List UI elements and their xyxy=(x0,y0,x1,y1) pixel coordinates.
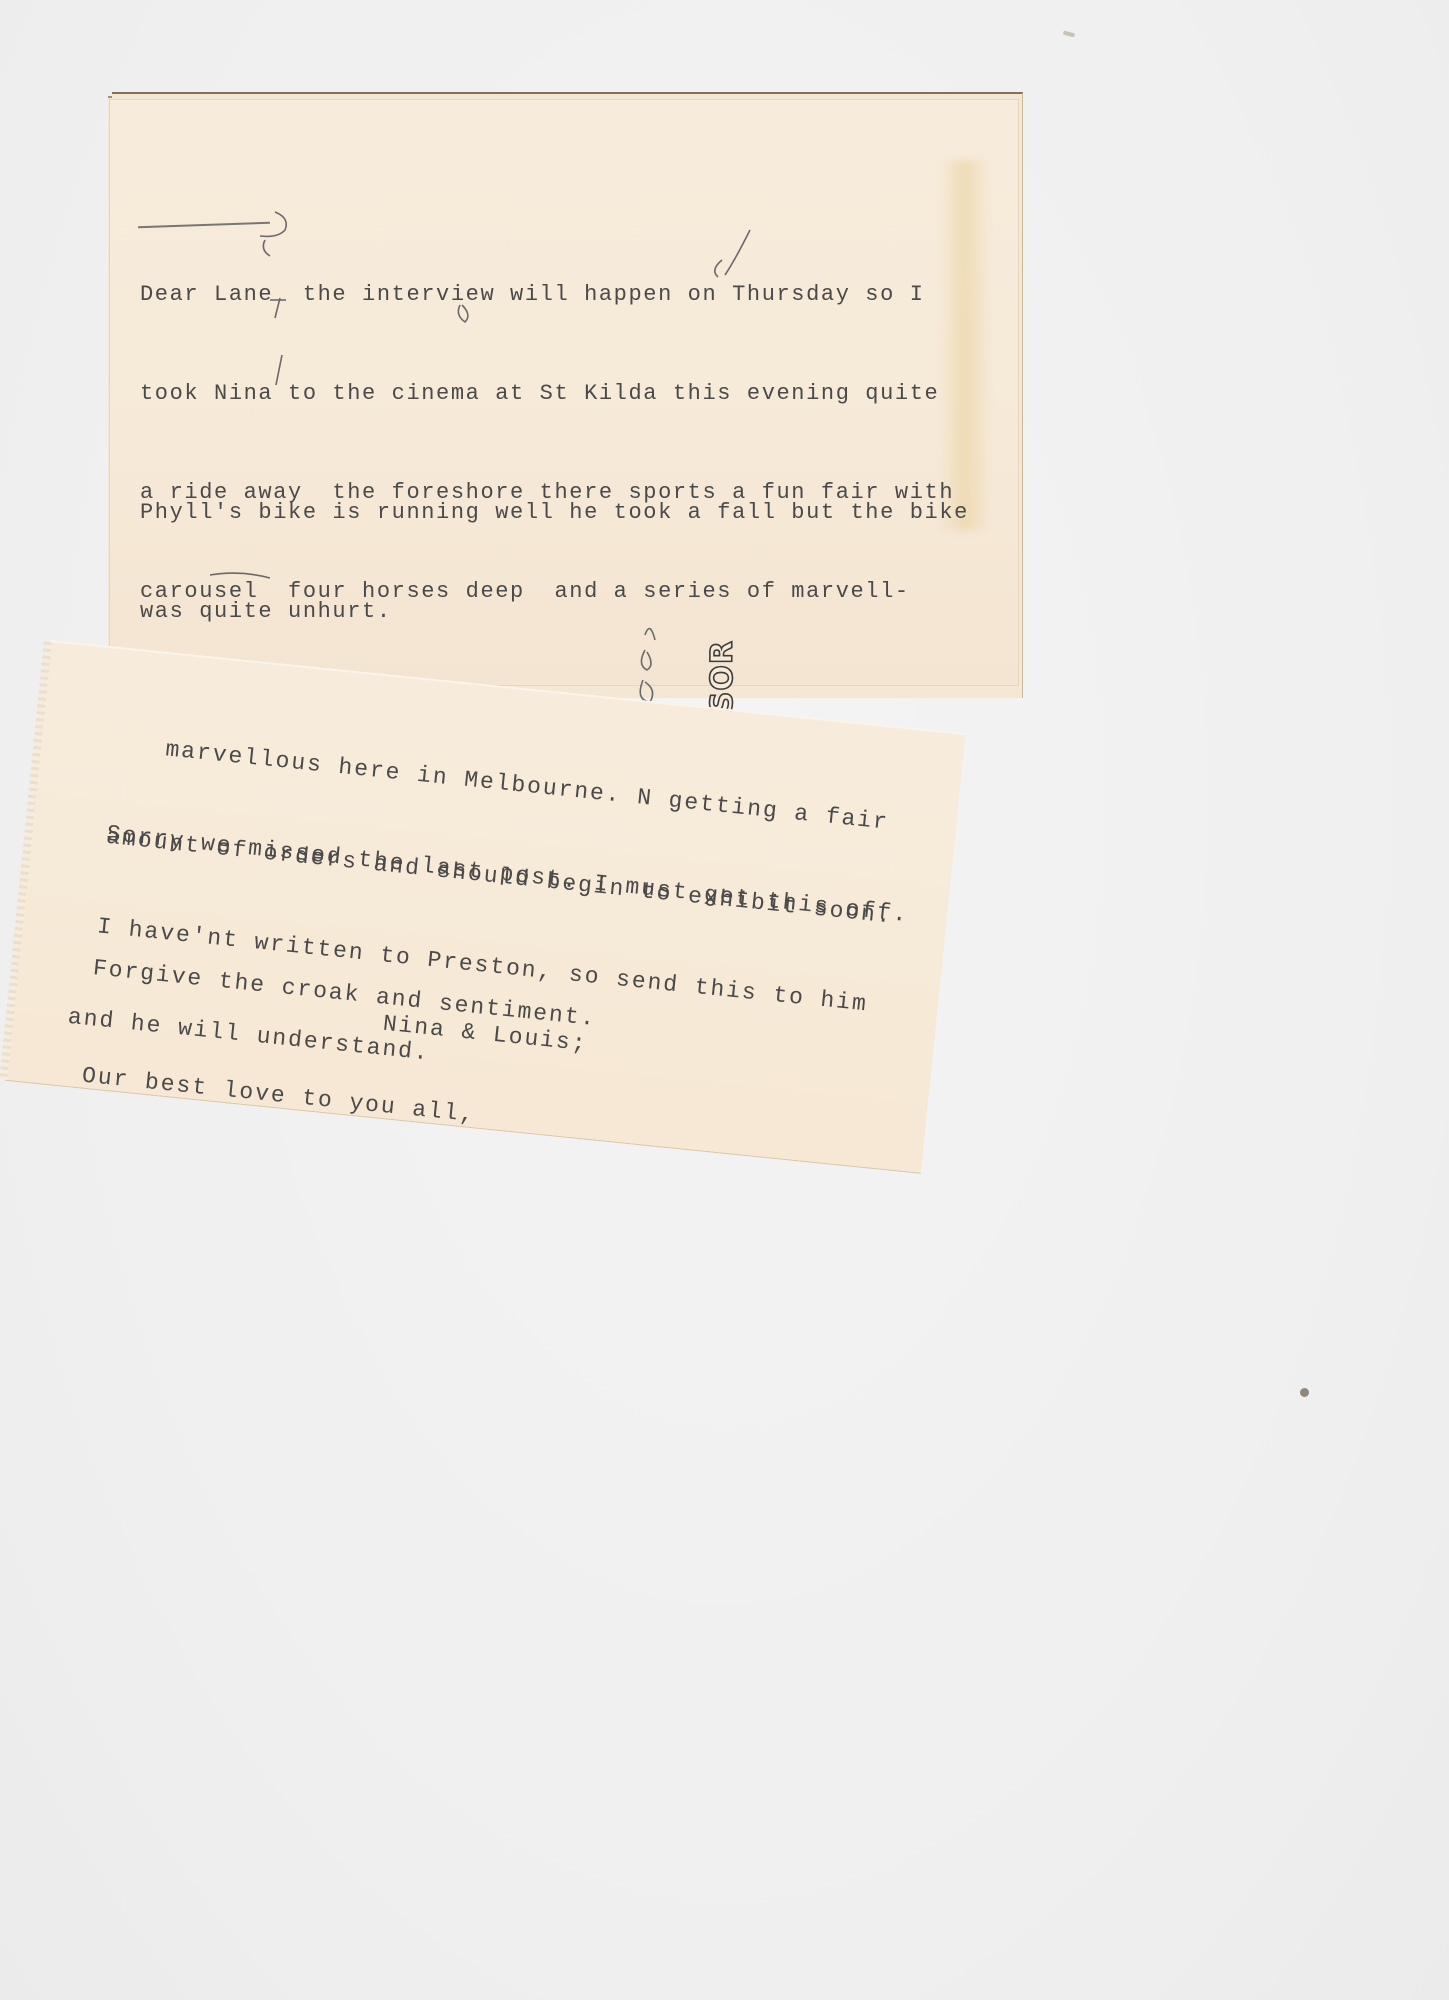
typed-line: Our best love to you all, xyxy=(80,1058,587,1145)
top-letter-page: Dear Lane the interview will happen on T… xyxy=(110,100,1018,685)
dust-speck xyxy=(1300,1388,1309,1397)
bottom-letter-page: marvellous here in Melbourne. N getting … xyxy=(5,640,965,1173)
pencil-edit-marks xyxy=(110,100,1018,685)
